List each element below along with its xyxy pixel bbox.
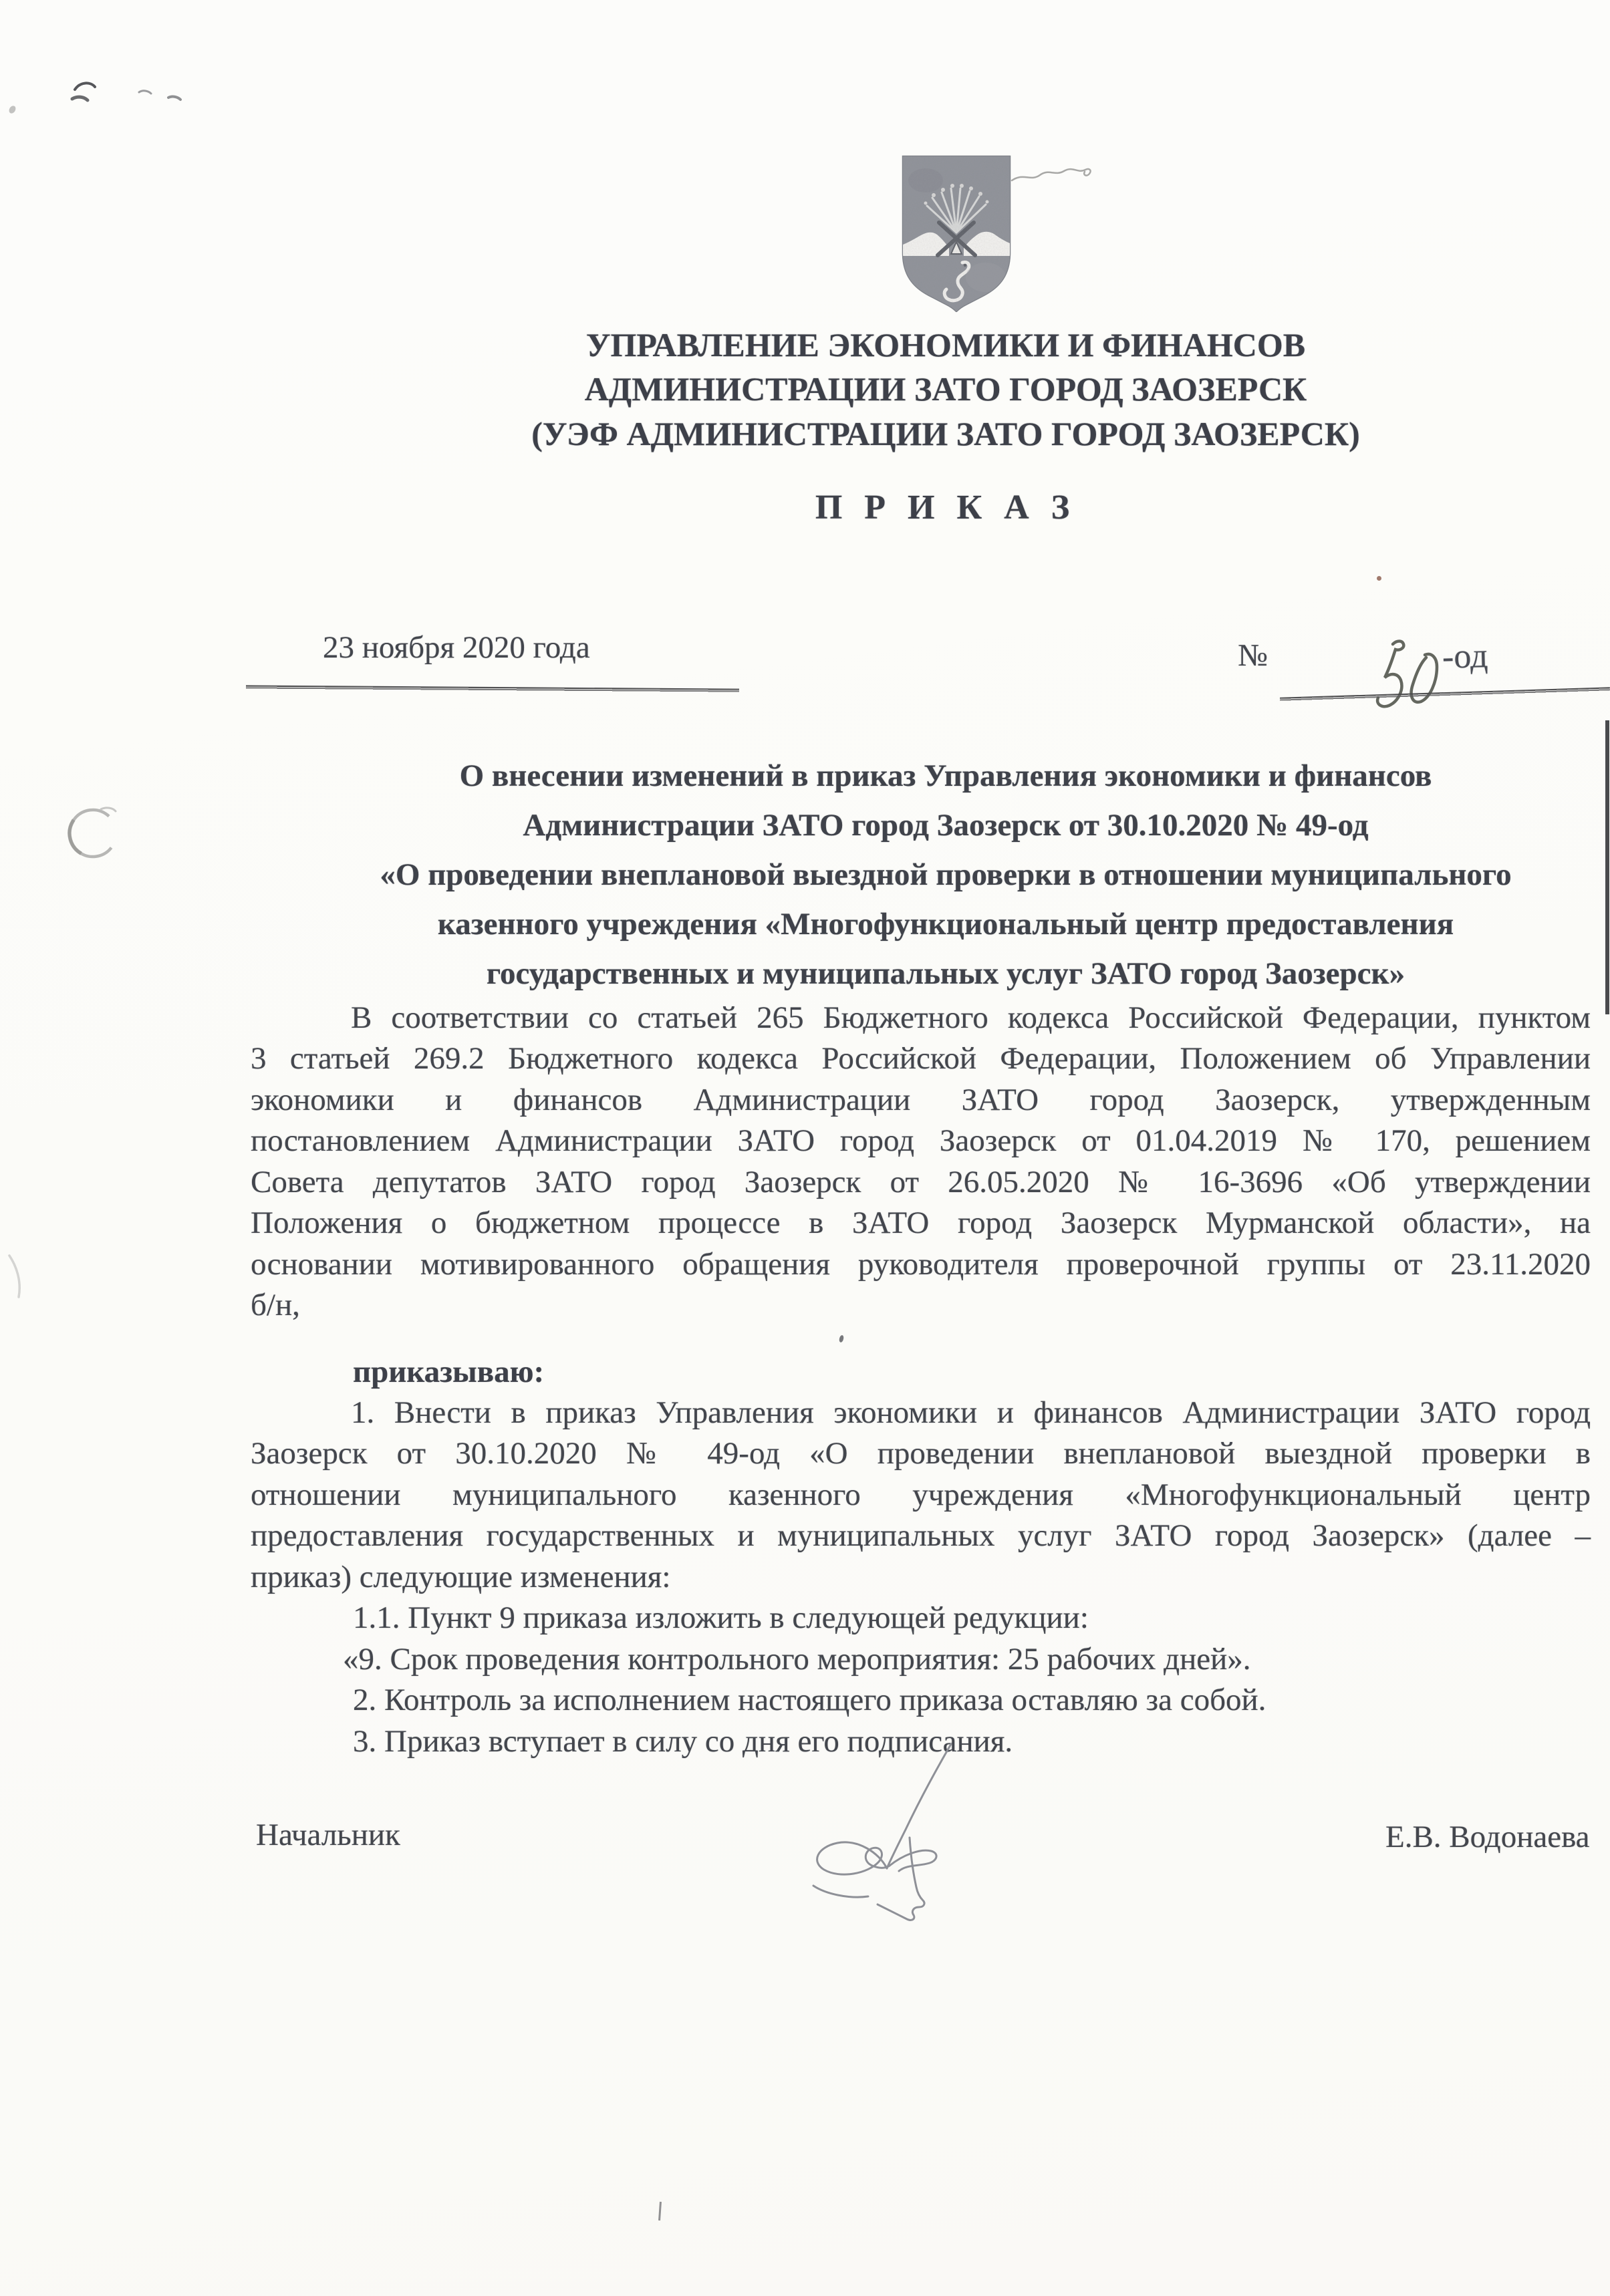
subject-line: О внесении изменений в приказ Управления… (174, 755, 1610, 797)
org-name-line1: УПРАВЛЕНИЕ ЭКОНОМИКИ И ФИНАНСОВ (281, 325, 1610, 364)
org-name-line2: АДМИНИСТРАЦИИ ЗАТО ГОРОД ЗАОЗЕРСК (281, 370, 1610, 408)
subject-line: казенного учреждения «Многофункциональны… (174, 903, 1610, 945)
body-line: 1. Внести в приказ Управления экономики … (251, 1392, 1591, 1433)
body-line: основании мотивированного обращения руко… (251, 1244, 1591, 1285)
date-value: 23 ноября 2020 года (323, 627, 590, 668)
body-line: отношении муниципального казенного учреж… (251, 1474, 1591, 1516)
scan-tick-artifact (658, 2202, 662, 2220)
item-line: «9. Срок проведения контрольного меропри… (343, 1638, 1251, 1680)
subject-line: государственных и муниципальных услуг ЗА… (174, 953, 1610, 994)
ring-stain-artifact (62, 805, 129, 865)
body-line: В соответствии со статьей 265 Бюджетного… (251, 997, 1591, 1038)
date-underline (246, 685, 739, 692)
subject-line: «О проведении внеплановой выездной прове… (174, 854, 1610, 895)
signer-name: Е.В. Водонаева (1385, 1816, 1590, 1858)
body-line: Заозерск от 30.10.2020 № 49-од «О провед… (251, 1433, 1591, 1474)
body-line: постановлением Администрации ЗАТО город … (251, 1120, 1591, 1161)
number-sign: № (1238, 635, 1268, 676)
body-line: Совета депутатов ЗАТО город Заозерск от … (251, 1161, 1591, 1203)
scan-speck (8, 105, 17, 115)
body-line: Положения о бюджетном процессе в ЗАТО го… (251, 1202, 1591, 1244)
scanned-order-page: УПРАВЛЕНИЕ ЭКОНОМИКИ И ФИНАНСОВ АДМИНИСТ… (0, 0, 1610, 2296)
scan-mark-artifact (67, 75, 194, 122)
subject-line: Администрации ЗАТО город Заозерск от 30.… (174, 805, 1610, 846)
org-name-line3: (УЭФ АДМИНИСТРАЦИИ ЗАТО ГОРОД ЗАОЗЕРСК) (281, 414, 1610, 453)
page-edge-line-artifact (1605, 720, 1609, 1014)
scan-speck (839, 1334, 844, 1342)
item-line: 1.1. Пункт 9 приказа изложить в следующе… (353, 1597, 1089, 1638)
signer-position: Начальник (256, 1814, 400, 1856)
faint-curve-artifact (4, 1253, 31, 1300)
scan-squiggle-artifact (1011, 159, 1104, 192)
handwritten-order-number (1363, 635, 1450, 715)
coat-of-arms-icon (899, 154, 1014, 312)
order-number-suffix: -од (1442, 635, 1488, 678)
decree-word: приказываю: (353, 1351, 544, 1393)
body-line: б/н, (251, 1284, 1591, 1326)
body-line: экономики и финансов Администрации ЗАТО … (251, 1079, 1591, 1121)
item-line: 2. Контроль за исполнением настоящего пр… (353, 1679, 1266, 1721)
body-line: приказ) следующие изменения: (251, 1556, 1591, 1598)
document-type-heading: П Р И К А З (281, 488, 1610, 527)
scan-speck (1377, 576, 1381, 581)
signature-icon (779, 1737, 979, 1924)
body-line: 3 статьей 269.2 Бюджетного кодекса Росси… (251, 1038, 1591, 1079)
body-line: предоставления государственных и муницип… (251, 1515, 1591, 1556)
